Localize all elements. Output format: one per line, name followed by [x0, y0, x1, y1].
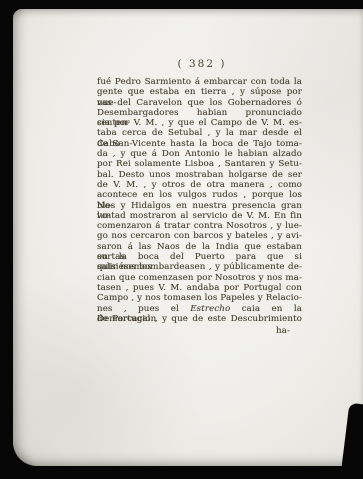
text-line: luntad mostraron al servicio de V. M. En… — [97, 211, 302, 221]
scan-edge-notch — [341, 403, 363, 478]
text-line: taba cerca de Setubal , y la mar desde e… — [97, 128, 302, 138]
text-line: por Rei solamente Lisboa , Santaren y Se… — [97, 159, 302, 169]
text-line: comenzaron á tratar contra Nosotros , y … — [97, 221, 302, 231]
text-line: fué Pedro Sarmiento á embarcar con toda … — [97, 77, 302, 87]
body-text: fué Pedro Sarmiento á embarcar con toda … — [97, 77, 302, 336]
text-line: Desembargadores habian pronunciado sente… — [97, 108, 302, 118]
text-segment: nes , pues el — [97, 304, 190, 314]
text-line: de V. M. , y otros de otra manera , como — [97, 180, 302, 190]
text-line: go nos cercaron con barcos y bateles , y… — [97, 231, 302, 241]
book-page: ( 382 ) fué Pedro Sarmiento á embarcar c… — [13, 9, 363, 466]
text-line: bles y Hidalgos en nuestra presencia gra… — [97, 201, 302, 211]
text-line: da , y que á Don Antonio le habian alzad… — [97, 149, 302, 159]
text-line: de San-Vicente hasta la boca de Tajo tom… — [97, 139, 302, 149]
text-line: en la boca del Puerto para que si quisié… — [97, 252, 302, 262]
text-line: tasen , pues V. M. andaba por Portugal c… — [97, 283, 302, 293]
text-line: cia por V. M. , y que el Campo de V. M. … — [97, 118, 302, 128]
text-line: cian que comenzasen por Nosotros y nos m… — [97, 273, 302, 283]
italic-word-estrecho: Estrecho — [190, 304, 230, 314]
text-line: vas del Caravelon que los Gobernadores ó — [97, 98, 302, 108]
text-line: salir nos bombardeasen , y públicamente … — [97, 262, 302, 272]
text-line: Campo , y nos tomasen los Papeles y Rela… — [97, 293, 302, 303]
text-line: bal. Desto unos mostraban holgarse de se… — [97, 170, 302, 180]
text-line: de Portugal , y que de este Descubrimien… — [97, 314, 302, 324]
text-line: gente que estaba en tierra , y súpose po… — [97, 87, 302, 97]
catchword: ha- — [97, 326, 302, 336]
text-line: nes , pues el Estrecho caia en la Demarc… — [97, 304, 302, 314]
scan-background: ( 382 ) fué Pedro Sarmiento á embarcar c… — [0, 0, 363, 479]
page-number: ( 382 ) — [97, 58, 307, 70]
text-line: saron á las Naos de la India que estaban… — [97, 242, 302, 252]
text-line: acontece en los vulgos rudos , porque lo… — [97, 190, 302, 200]
